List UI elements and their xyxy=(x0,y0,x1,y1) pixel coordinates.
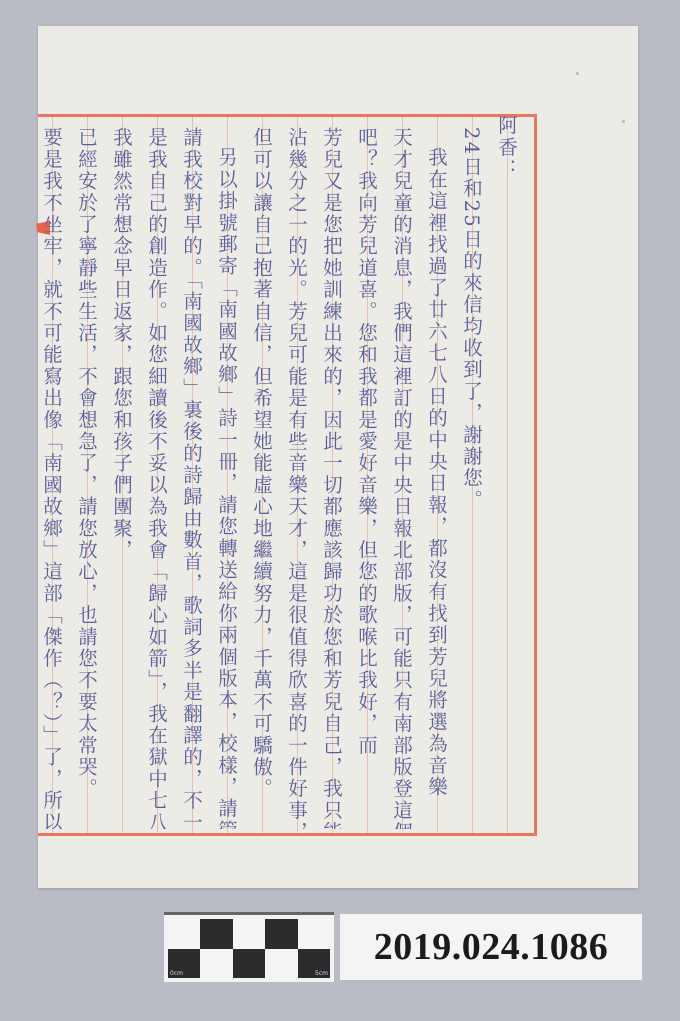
letter-salutation: 阿香： xyxy=(489,115,524,829)
letter-line: 我在這裡找過了廿六七八日的中央日報，都沒有找到芳兒將選為音樂 xyxy=(419,121,454,829)
letter-line: 是我自己的創造作。如您細讀後不妥以為我會「歸心如箭」，我在獄中七八年的期間 xyxy=(139,121,174,829)
letter-line: 另以掛號郵寄「南國故鄉」詩一冊，請您轉送給你兩個版本，校樣，請管好 xyxy=(209,121,244,829)
letter-line: 24日和25日的來信均收到了，謝謝您。 xyxy=(454,121,489,829)
letter-line: 沾幾分之一的光。芳兒可能是有些音樂天才，這是很值得欣喜的一件好事， xyxy=(279,121,314,829)
scale-right-mark: 5cm xyxy=(315,970,328,977)
letter-line: 芳兒又是您把她訓練出來的，因此一切都應該歸功於您和芳兒自己，我只能 xyxy=(314,121,349,829)
scale-square xyxy=(298,919,330,949)
scale-square xyxy=(233,949,265,979)
paper-speck xyxy=(622,120,625,123)
letter-paper: 阿香： 24日和25日的來信均收到了，謝謝您。 我在這裡找過了廿六七八日的中央日… xyxy=(38,26,638,888)
scale-left-mark: 0cm xyxy=(170,970,183,977)
accession-number-label: 2019.024.1086 xyxy=(340,914,642,980)
paper-speck xyxy=(576,72,579,75)
letter-line: 吧？我向芳兒道喜。您和我都是愛好音樂，但您的歌喉比我好，而 xyxy=(349,121,384,829)
scale-square xyxy=(265,919,297,949)
manuscript-frame: 阿香： 24日和25日的來信均收到了，謝謝您。 我在這裡找過了廿六七八日的中央日… xyxy=(38,114,537,836)
letter-line: 天才兒童的消息，我們這裡訂的是中央日報北部版，可能只有南部版登這個消息 xyxy=(384,121,419,829)
letter-body: 阿香： 24日和25日的來信均收到了，謝謝您。 我在這裡找過了廿六七八日的中央日… xyxy=(52,121,524,829)
scale-square xyxy=(233,919,265,949)
letter-line: 已經安於了寧靜些生活，不會想急了，請您放心，也請您不要太常哭。 xyxy=(69,121,104,829)
letter-line: 請我校對早的。「南國故鄉」裏後的詩歸由數首，歌詞多半是翻譯的，不一定都 xyxy=(174,121,209,829)
letter-line: 要是我不坐牢，就不可能寫出像「南國故鄉」這部「傑作（？）」了，所以坐牢也 xyxy=(34,121,69,829)
letter-line: 我雖然常想念早日返家，跟您和孩子們團聚， xyxy=(104,121,139,829)
scale-square xyxy=(200,919,232,949)
scale-square xyxy=(200,949,232,979)
letter-line: 但可以讓自己抱著自信，但希望她能虛心地繼續努力，千萬不可驕傲。 xyxy=(244,121,279,829)
scale-square xyxy=(168,919,200,949)
scale-square xyxy=(265,949,297,979)
color-scale-bar: 0cm 5cm xyxy=(164,912,334,982)
